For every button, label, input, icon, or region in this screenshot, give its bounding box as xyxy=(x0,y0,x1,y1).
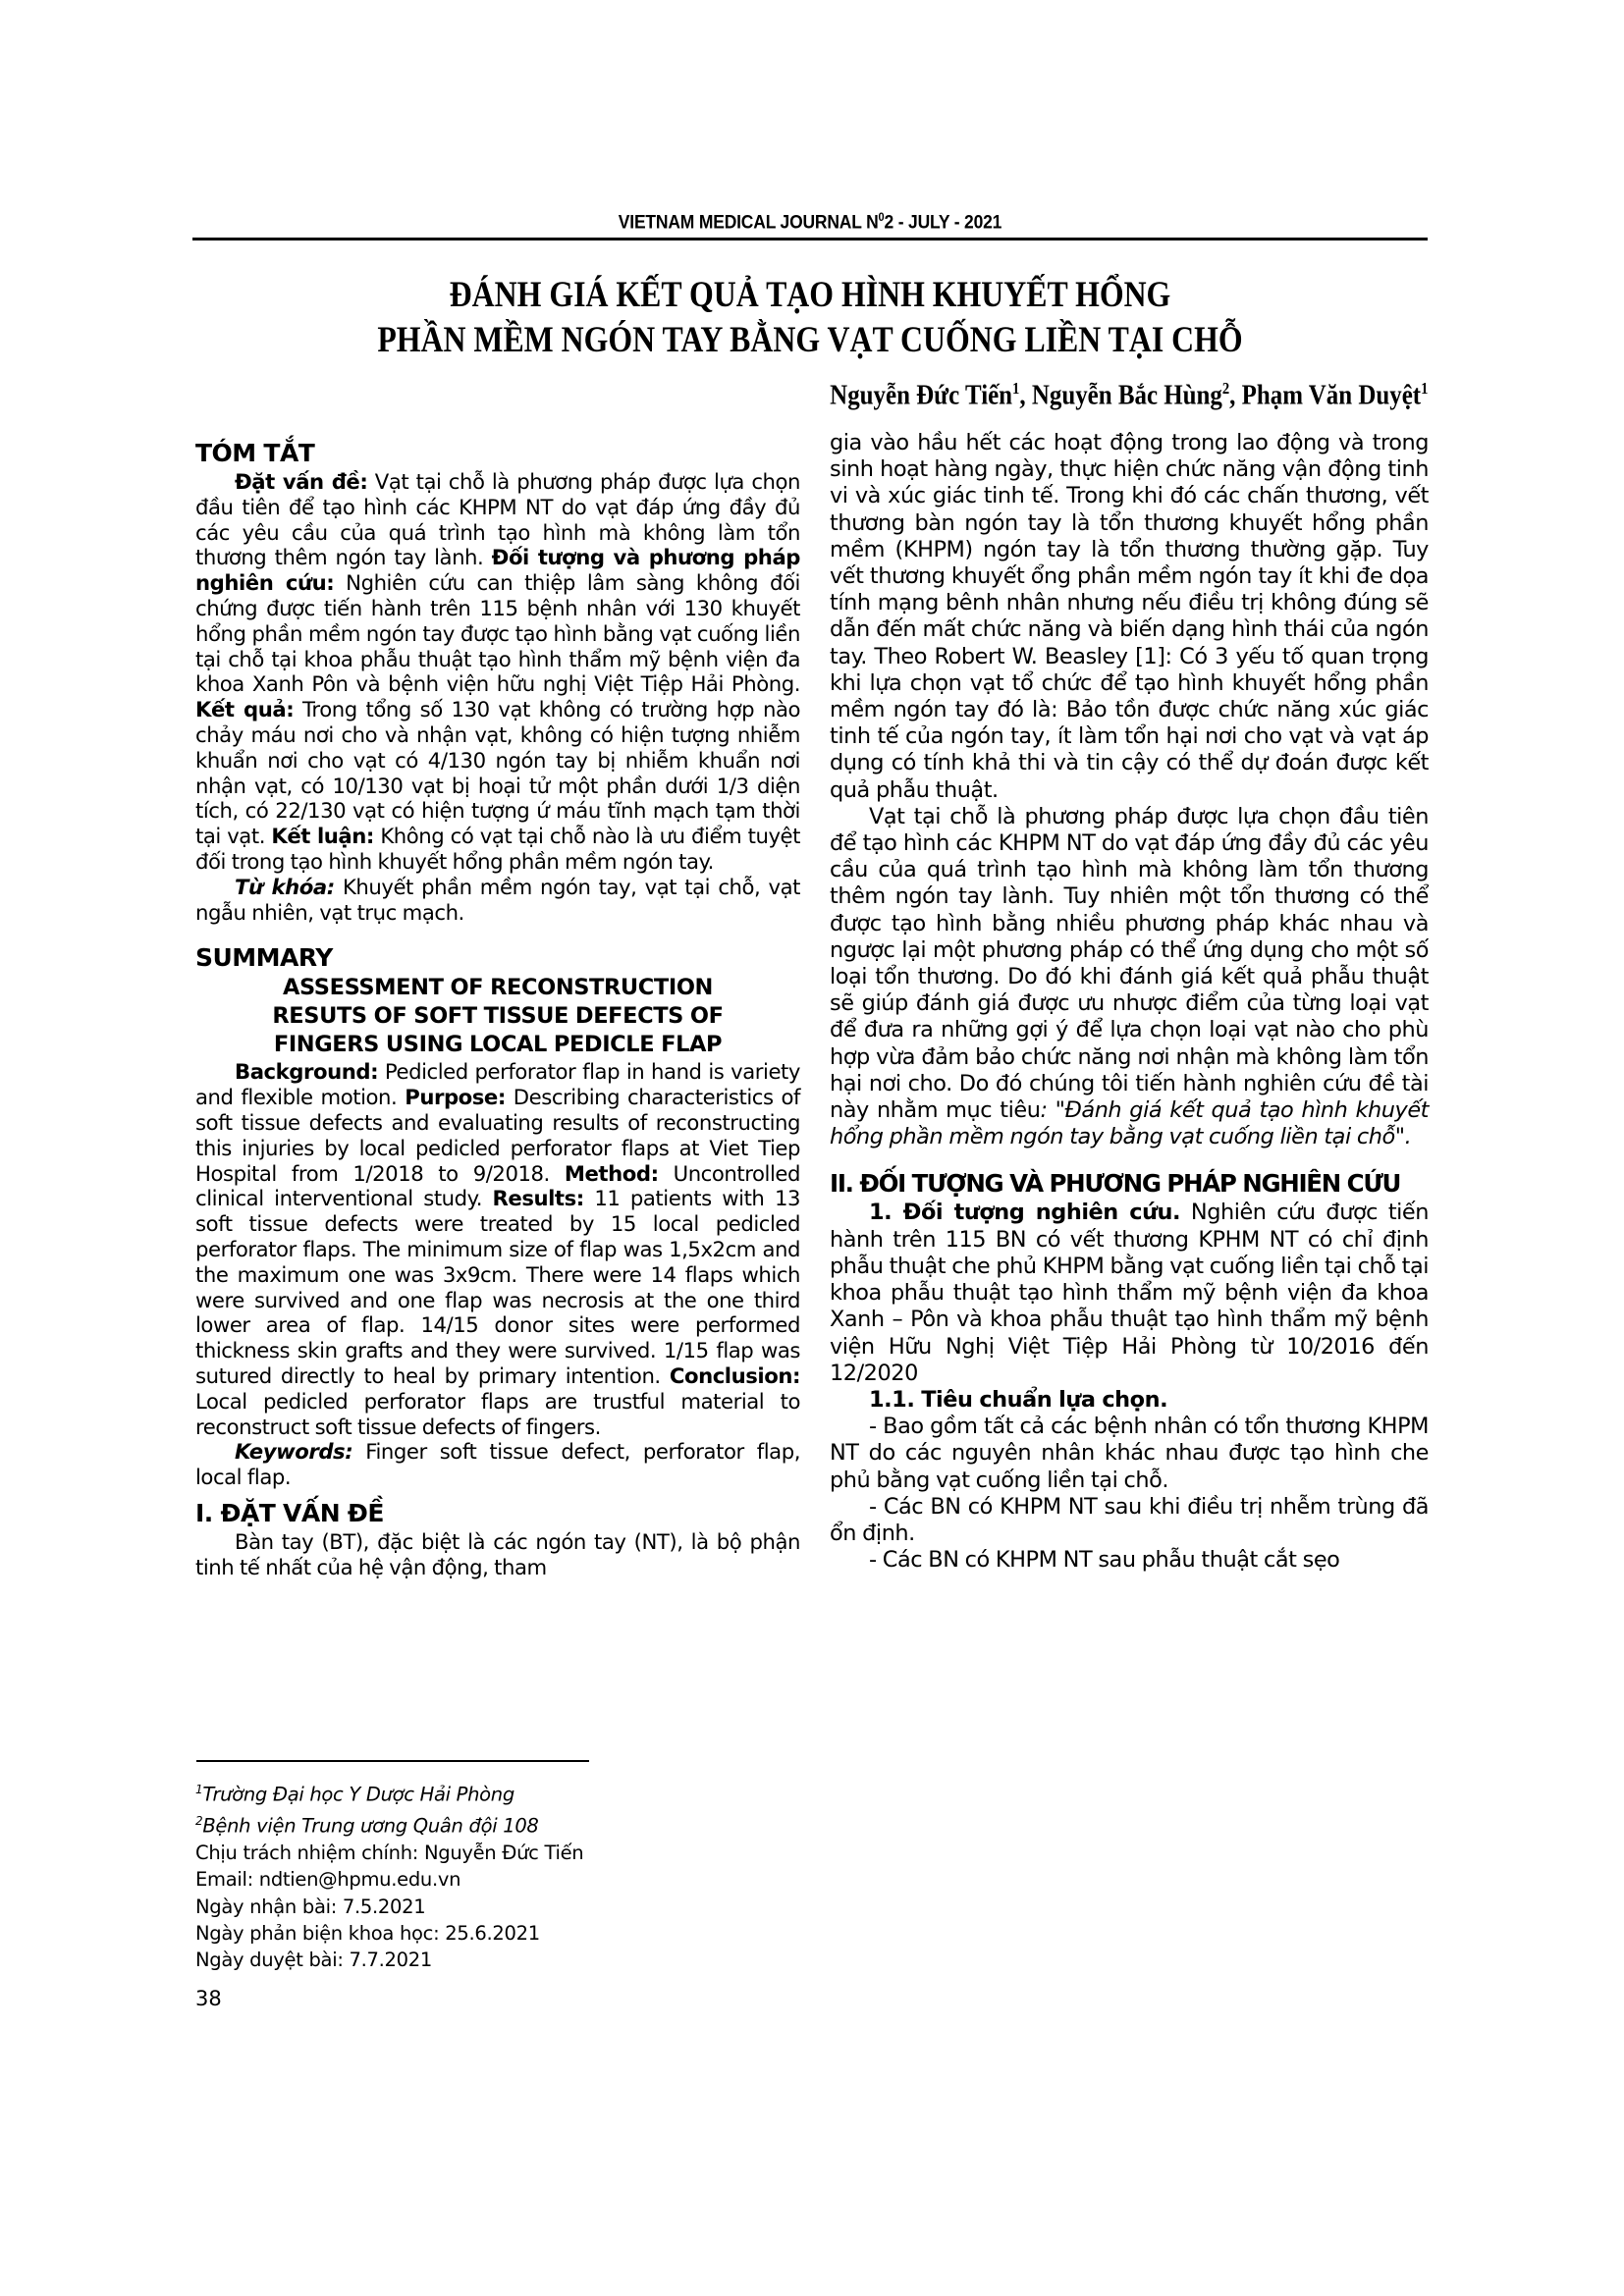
section-2-heading: II. ĐỐI TƯỢNG VÀ PHƯƠNG PHÁP NGHIÊN CỨU xyxy=(830,1168,1429,1200)
abstract-en-body: Background: Pedicled perforator flap in … xyxy=(195,1059,800,1439)
right-column: gia vào hầu hết các hoạt động trong lao … xyxy=(830,430,1429,1574)
section-1-para-continued: gia vào hầu hết các hoạt động trong lao … xyxy=(830,430,1429,804)
header-rule xyxy=(192,238,1428,240)
author-name: Nguyễn Bắc Hùng xyxy=(1031,380,1221,411)
abstract-vi-heading: TÓM TẮT xyxy=(195,438,800,469)
author-affiliation: 1 xyxy=(1421,379,1428,398)
left-column: TÓM TẮT Đặt vấn đề: Vạt tại chỗ là phươn… xyxy=(195,438,800,1579)
criteria-item: - Các BN có KHPM NT sau khi điều trị nhễ… xyxy=(830,1494,1429,1547)
abstract-vi-body: Đặt vấn đề: Vạt tại chỗ là phương pháp đ… xyxy=(195,469,800,875)
journal-name: VIETNAM MEDICAL JOURNAL N xyxy=(619,212,879,233)
issue-date: 2 - JULY - 2021 xyxy=(885,212,1002,233)
footnotes: 1Trường Đại học Y Dược Hải Phòng 2Bệnh v… xyxy=(195,1777,583,1974)
author-affiliation: 2 xyxy=(1221,379,1228,398)
abstract-en-title: ASSESSMENT OF RECONSTRUCTIONRESUTS OF SO… xyxy=(195,974,800,1059)
author-list: Nguyễn Đức Tiến1, Nguyễn Bắc Hùng2, Phạm… xyxy=(830,379,1428,412)
date-reviewed: Ngày phản biện khoa học: 25.6.2021 xyxy=(195,1920,583,1947)
author-name: Phạm Văn Duyệt xyxy=(1241,380,1420,411)
page-number: 38 xyxy=(195,1987,222,2010)
email: Email: ndtien@hpmu.edu.vn xyxy=(195,1866,583,1893)
affiliation-2: 2Bệnh viện Trung ương Quân đội 108 xyxy=(195,1808,583,1840)
running-header: VIETNAM MEDICAL JOURNAL N02 - JULY - 202… xyxy=(242,210,1378,234)
criteria-item: - Bao gồm tất cả các bệnh nhân có tổn th… xyxy=(830,1414,1429,1494)
date-approved: Ngày duyệt bài: 7.7.2021 xyxy=(195,1947,583,1973)
abstract-en-keywords: Keywords: Finger soft tissue defect, per… xyxy=(195,1439,800,1490)
affiliation-1: 1Trường Đại học Y Dược Hải Phòng xyxy=(195,1777,583,1808)
footnote-rule xyxy=(196,1760,589,1762)
author-affiliation: 1 xyxy=(1012,379,1019,398)
section-1-heading: I. ĐẶT VẤN ĐỀ xyxy=(195,1498,800,1529)
section-2-subjects: 1. Đối tượng nghiên cứu. Nghiên cứu được… xyxy=(830,1200,1429,1386)
abstract-vi-keywords: Từ khóa: Khuyết phần mềm ngón tay, vạt t… xyxy=(195,875,800,926)
section-1-para-start: Bàn tay (BT), đặc biệt là các ngón tay (… xyxy=(195,1529,800,1580)
date-received: Ngày nhận bài: 7.5.2021 xyxy=(195,1894,583,1920)
corresponding-author: Chịu trách nhiệm chính: Nguyễn Đức Tiến xyxy=(195,1840,583,1866)
abstract-en-heading: SUMMARY xyxy=(195,942,800,974)
title-line-2: PHẦN MỀM NGÓN TAY BẰNG VẠT CUỐNG LIỀN TẠ… xyxy=(279,318,1341,363)
criteria-item: - Các BN có KHPM NT sau phẫu thuật cắt s… xyxy=(830,1547,1429,1574)
article-title: ĐÁNH GIÁ KẾT QUẢ TẠO HÌNH KHUYẾT HỔNG PH… xyxy=(279,273,1341,363)
author-name: Nguyễn Đức Tiến xyxy=(830,380,1012,411)
title-line-1: ĐÁNH GIÁ KẾT QUẢ TẠO HÌNH KHUYẾT HỔNG xyxy=(279,273,1341,318)
selection-criteria-heading: 1.1. Tiêu chuẩn lựa chọn. xyxy=(830,1387,1429,1414)
section-1-para-2: Vạt tại chỗ là phương pháp được lựa chọn… xyxy=(830,804,1429,1151)
